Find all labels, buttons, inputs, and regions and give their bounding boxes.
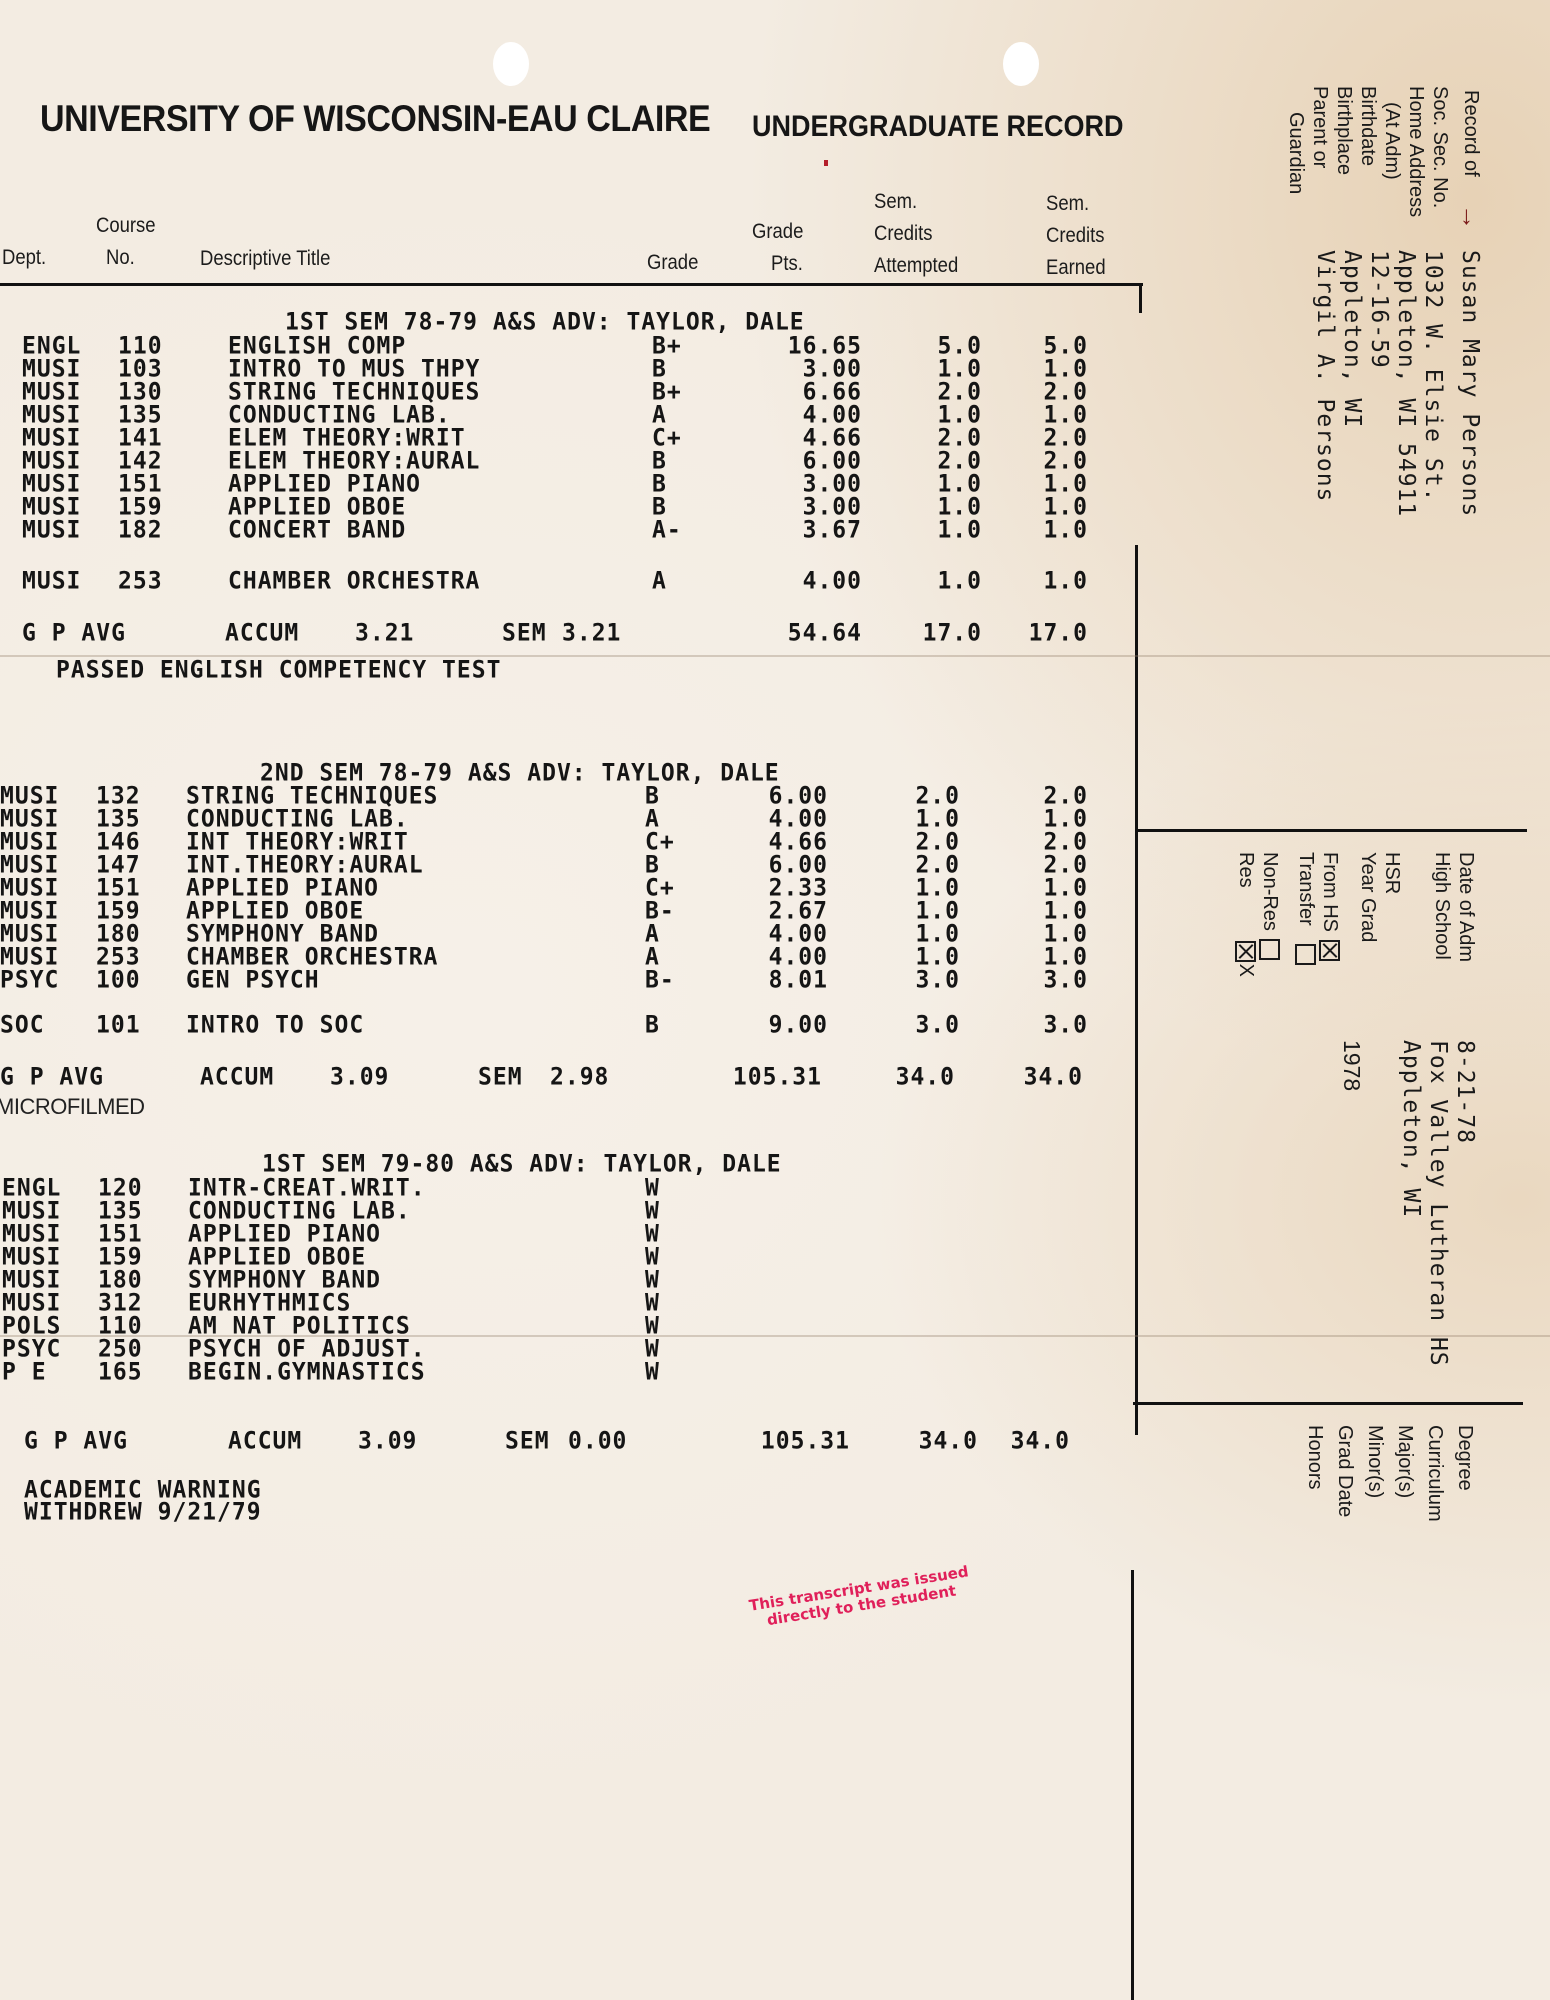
punch-hole-left [493, 42, 529, 86]
col-header-grade: Grade [647, 251, 698, 275]
table-row: ENGL120INTR-CREAT.WRIT.W [0, 1174, 1140, 1197]
year-grad-value: 1978 [1338, 1040, 1365, 1367]
institution-title: UNIVERSITY OF WISCONSIN-EAU CLAIRE [40, 98, 710, 140]
red-mark [824, 160, 828, 166]
col-header-earned-3: Earned [1046, 256, 1106, 280]
res-checkbox[interactable] [1235, 941, 1256, 962]
label-majors: Major(s) [1390, 1425, 1420, 1522]
label-non-res: Non-Res [1258, 852, 1282, 1030]
table-row: MUSI141ELEM THEORY:WRITC+4.662.02.0 [0, 424, 1140, 447]
arrow-icon: → [1284, 204, 1483, 250]
label-from-hs: From HS [1318, 852, 1342, 1030]
table-row: MUSI159APPLIED OBOEW [0, 1243, 1140, 1266]
col-header-course-2: No. [106, 246, 135, 270]
label-degree: Degree [1450, 1425, 1480, 1522]
table-row: SOC101INTRO TO SOCB9.003.03.0 [0, 1011, 1140, 1034]
birthplace-value: Appleton, WI [1338, 250, 1365, 517]
col-header-title: Descriptive Title [200, 247, 330, 271]
label-honors: Honors [1300, 1425, 1330, 1522]
label-date-of-adm: Date of Adm [1454, 852, 1478, 1030]
table-row: PSYC250PSYCH OF ADJUST.W [0, 1335, 1140, 1358]
transfer-checkbox[interactable] [1295, 944, 1316, 965]
label-grad-date: Grad Date [1330, 1425, 1360, 1522]
degree-info-panel: Degree Curriculum Major(s) Minor(s) Grad… [1300, 1425, 1480, 1522]
table-row: MUSI135CONDUCTING LAB.A4.001.01.0 [0, 805, 1140, 828]
semester-1-gpa-row: G P AVG ACCUM 3.21 SEM 3.21 54.64 17.0 1… [0, 619, 1140, 642]
semester-2-gpa-row: G P AVG ACCUM 3.09 SEM 2.98 105.31 34.0 … [0, 1063, 1140, 1086]
col-header-dept: Dept. [2, 246, 46, 270]
divider-bottom [1131, 1570, 1134, 2000]
table-row: MUSI253CHAMBER ORCHESTRAA4.001.01.0 [0, 567, 1140, 590]
col-header-attempted-1: Sem. [874, 190, 917, 214]
table-row: MUSI182CONCERT BANDA-3.671.01.0 [0, 516, 1140, 539]
label-year-grad: Year Grad [1356, 852, 1380, 1030]
table-row: ENGL110ENGLISH COMPB+16.655.05.0 [0, 332, 1140, 355]
table-row: PSYC100GEN PSYCHB-8.013.03.0 [0, 966, 1140, 989]
table-row: MUSI151APPLIED PIANOC+2.331.01.0 [0, 874, 1140, 897]
table-row: MUSI159APPLIED OBOEB3.001.01.0 [0, 493, 1140, 516]
issued-to-student-stamp: This transcript was issued directly to t… [748, 1563, 972, 1631]
divider-top [1139, 283, 1142, 313]
col-header-earned-2: Credits [1046, 224, 1105, 248]
header-rule [0, 283, 1143, 286]
high-school-value: Fox Valley Lutheran HS [1424, 1040, 1451, 1367]
label-at-adm: (At Adm) [1380, 86, 1404, 204]
label-record-of: Record of [1459, 90, 1483, 204]
label-minors: Minor(s) [1360, 1425, 1390, 1522]
label-ssn: Soc. Sec. No. [1428, 86, 1452, 204]
label-hsr: HSR [1380, 852, 1404, 1030]
sidebar-rule-1 [1137, 829, 1527, 832]
table-row: MUSI135CONDUCTING LAB.A4.001.01.0 [0, 401, 1140, 424]
table-row: MUSI146INT THEORY:WRITC+4.662.02.0 [0, 828, 1140, 851]
sidebar-rule-2 [1133, 1402, 1523, 1405]
col-header-gradepts-2: Pts. [771, 252, 803, 276]
table-row: MUSI253CHAMBER ORCHESTRAA4.001.01.0 [0, 943, 1140, 966]
table-row: MUSI151APPLIED PIANOW [0, 1220, 1140, 1243]
label-high-school: High School [1430, 852, 1454, 1030]
table-row: MUSI130STRING TECHNIQUESB+6.662.02.0 [0, 378, 1140, 401]
label-transfer: Transfer [1294, 852, 1318, 1030]
semester-1-note: PASSED ENGLISH COMPETENCY TEST [56, 656, 501, 683]
address-line-2: Appleton, WI 54911 [1392, 250, 1419, 517]
col-header-gradepts-1: Grade [752, 220, 803, 244]
col-header-attempted-2: Credits [874, 222, 933, 246]
table-row: MUSI103INTRO TO MUS THPYB3.001.01.0 [0, 355, 1140, 378]
microfilmed-label: MICROFILMED [0, 1094, 145, 1120]
non-res-checkbox[interactable] [1259, 939, 1280, 960]
student-info-panel: Record of Soc. Sec. No. Home Address (At… [1284, 86, 1483, 517]
student-name: Susan Mary Persons [1456, 250, 1483, 517]
label-guardian: Guardian [1284, 86, 1308, 204]
table-row: MUSI151APPLIED PIANOB3.001.01.0 [0, 470, 1140, 493]
table-row: MUSI180SYMPHONY BANDA4.001.01.0 [0, 920, 1140, 943]
label-curriculum: Curriculum [1420, 1425, 1450, 1522]
label-birthdate: Birthdate [1356, 86, 1380, 204]
high-school-city-value: Appleton, WI [1397, 1040, 1424, 1367]
date-of-adm-value: 8-21-78 [1451, 1040, 1478, 1367]
table-row: MUSI180SYMPHONY BANDW [0, 1266, 1140, 1289]
label-birthplace: Birthplace [1332, 86, 1356, 204]
address-line-1: 1032 W. Elsie St. [1419, 250, 1446, 517]
table-row: MUSI159APPLIED OBOEB-2.671.01.0 [0, 897, 1140, 920]
label-res: ResX [1234, 852, 1258, 1030]
col-header-attempted-3: Attempted [874, 254, 958, 278]
label-parent: Parent or [1308, 86, 1332, 204]
admission-info-panel: Date of Adm High School HSR Year Grad Fr… [1234, 852, 1478, 1367]
birthdate-value: 12-16-59 [1365, 250, 1392, 517]
label-home-address: Home Address [1404, 86, 1428, 204]
table-row: P E165BEGIN.GYMNASTICSW [0, 1358, 1140, 1381]
table-row: MUSI142ELEM THEORY:AURALB6.002.02.0 [0, 447, 1140, 470]
table-row: POLS110AM NAT POLITICSW [0, 1312, 1140, 1335]
col-header-earned-1: Sem. [1046, 192, 1089, 216]
withdrew-note: WITHDREW 9/21/79 [24, 1498, 262, 1525]
col-header-course-1: Course [96, 214, 156, 238]
table-row: MUSI147INT.THEORY:AURALB6.002.02.0 [0, 851, 1140, 874]
semester-3-gpa-row: G P AVG ACCUM 3.09 SEM 0.00 105.31 34.0 … [0, 1427, 1140, 1450]
punch-hole-right [1003, 42, 1039, 86]
from-hs-checkbox[interactable] [1319, 940, 1340, 961]
table-row: MUSI135CONDUCTING LAB.W [0, 1197, 1140, 1220]
document-title: UNDERGRADUATE RECORD [752, 110, 1124, 144]
parent-value: Virgil A. Persons [1311, 250, 1338, 517]
table-row: MUSI312EURHYTHMICSW [0, 1289, 1140, 1312]
table-row: MUSI132STRING TECHNIQUESB6.002.02.0 [0, 782, 1140, 805]
